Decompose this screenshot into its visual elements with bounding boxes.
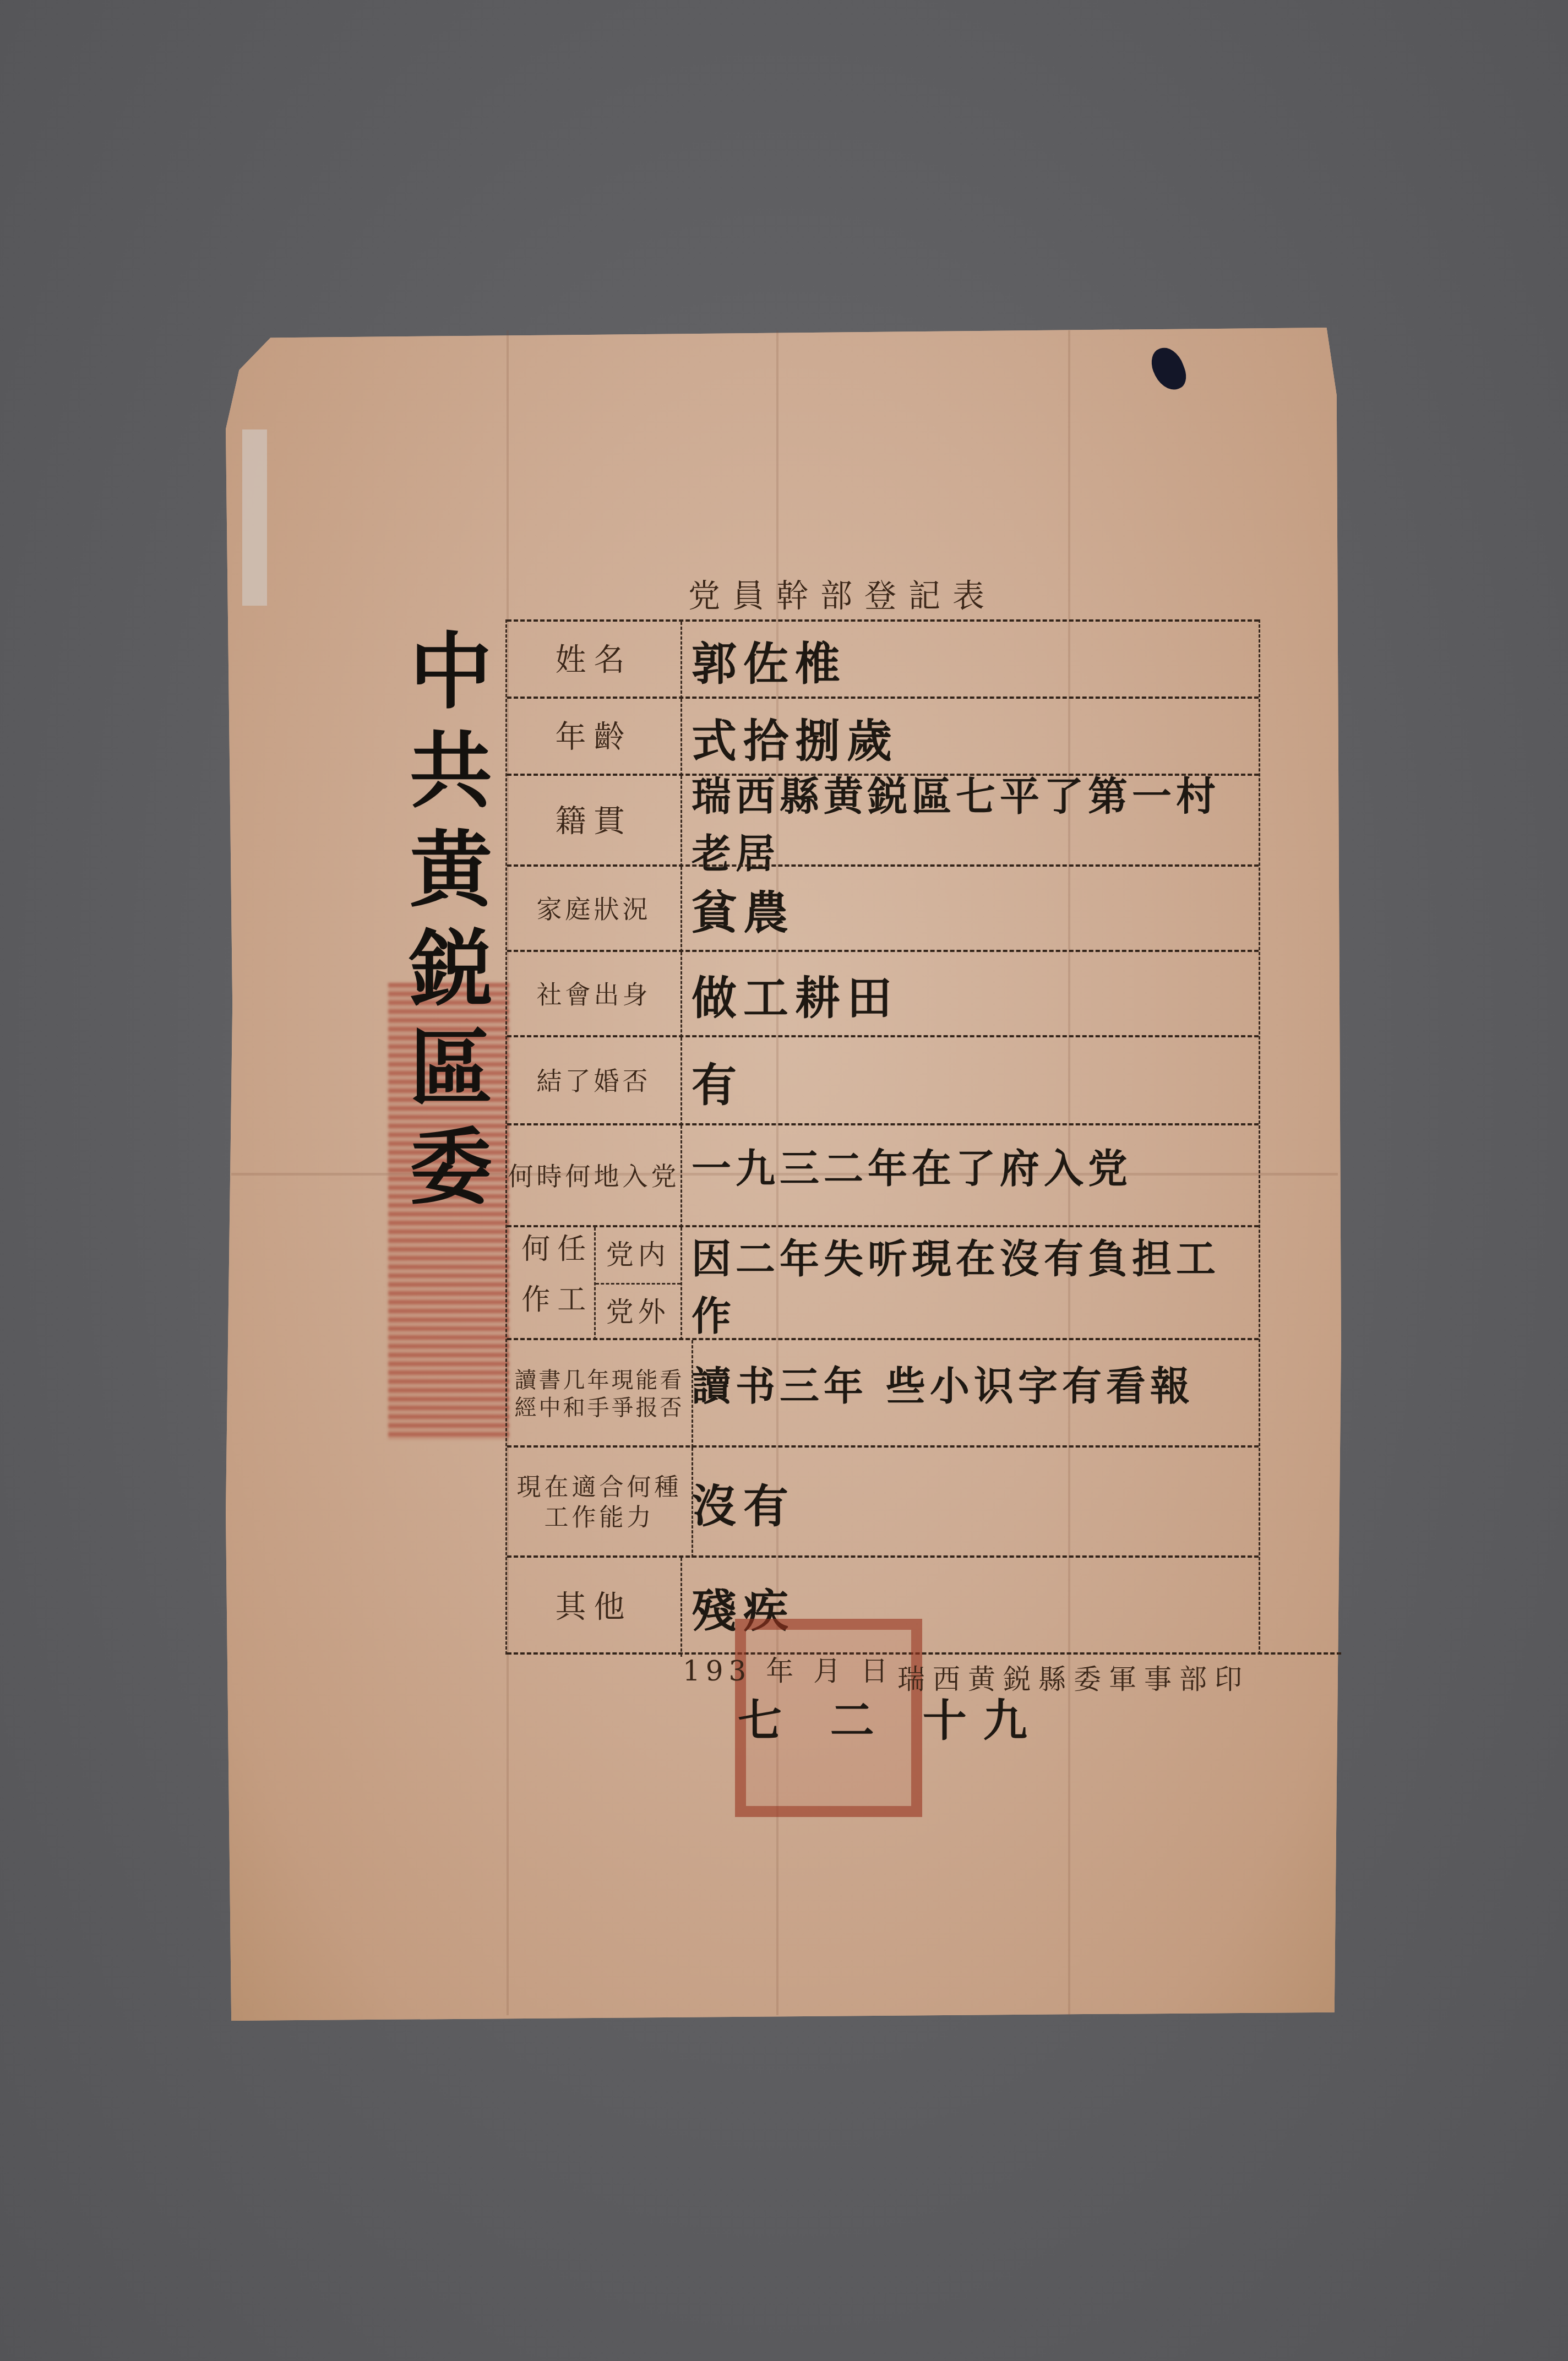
field-label: 現在適合何種工作能力 — [507, 1448, 693, 1558]
field-label: 社會出身 — [507, 952, 682, 1037]
field-label: 結了婚否 — [507, 1037, 682, 1125]
document-title: 党員幹部登記表 — [688, 570, 997, 616]
field-value: 沒有 — [692, 1448, 1248, 1558]
committee-signature: 中共黄鋭區委 — [385, 628, 484, 1222]
date-handwritten: 七 二 十九 — [738, 1685, 1044, 1748]
row-work-assignment: 任工何作 党内 党外 因二年失听現在沒有負担工作 — [507, 1225, 1259, 1340]
field-value: 有 — [692, 1037, 1248, 1125]
field-label: 家庭狀況 — [507, 867, 682, 952]
field-label: 何時何地入党 — [507, 1125, 682, 1227]
field-label: 年齡 — [507, 699, 682, 776]
row-married: 結了婚否 有 — [507, 1035, 1259, 1125]
row-family-status: 家庭狀況 貧農 — [507, 864, 1259, 952]
row-name: 姓名 郭佐椎 — [507, 619, 1259, 699]
row-work-ability: 現在適合何種工作能力 沒有 — [507, 1445, 1259, 1558]
field-label: 任工何作 党内 党外 — [507, 1227, 682, 1340]
field-label: 姓名 — [507, 622, 682, 699]
sublabel-outside-party: 党外 — [596, 1285, 681, 1340]
sublabel-inside-party: 党内 — [596, 1227, 681, 1285]
row-native-place: 籍貫 瑞西縣黄鋭區七平了第一村 老居 — [507, 774, 1259, 867]
field-label-main: 任工何作 — [507, 1227, 596, 1340]
field-value: 因二年失听現在沒有負担工作 — [692, 1227, 1248, 1340]
field-label: 籍貫 — [507, 776, 682, 867]
field-value: 讀书三年 些小识字有看報 — [692, 1340, 1248, 1448]
row-party-joining: 何時何地入党 一九三二年在了府入党 — [507, 1123, 1259, 1227]
registration-table: 姓名 郭佐椎 年齡 式拾捌歲 籍貫 瑞西縣黄鋭區七平了第一村 老居 家庭狀況 貧… — [505, 619, 1260, 1655]
field-value: 瑞西縣黄鋭區七平了第一村 老居 — [692, 776, 1248, 867]
tape-strip — [242, 429, 267, 606]
row-social-origin: 社會出身 做工耕田 — [507, 950, 1259, 1037]
table-bottom-border — [507, 1652, 1341, 1655]
field-label: 其他 — [507, 1558, 682, 1657]
date-printed: 193 年 月 日 — [683, 1649, 894, 1689]
field-label: 讀書几年現能看經中和手爭报否 — [507, 1340, 693, 1448]
field-value: 一九三二年在了府入党 — [692, 1125, 1248, 1227]
row-education: 讀書几年現能看經中和手爭报否 讀书三年 些小识字有看報 — [507, 1338, 1259, 1448]
field-value: 做工耕田 — [692, 952, 1248, 1037]
field-value: 貧農 — [692, 867, 1248, 952]
field-value: 郭佐椎 — [692, 622, 1248, 699]
